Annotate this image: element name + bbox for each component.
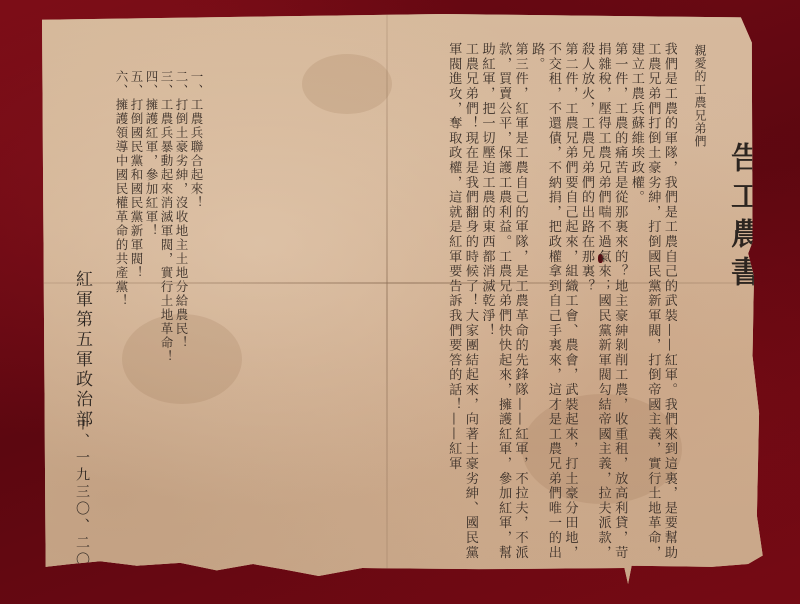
salutation: 親愛的工農兄弟們 — [692, 44, 709, 148]
slogan-item: 六、擁護領導中國民權革命的共產黨！ — [114, 70, 129, 400]
body-paragraph: 第三件，紅軍是工農自己的軍隊，是工農革命的先鋒隊——紅軍，不拉夫，不派款，買賣公… — [478, 42, 528, 562]
slogan-item: 四、擁護紅軍，參加紅軍！ — [144, 70, 159, 400]
document-body: 我們是工農的軍隊，我們是工農自己的武裝——紅軍。我們來到這裏，是要幫助工農兄弟們… — [172, 42, 677, 562]
historical-document-paper: 告工農書 親愛的工農兄弟們 我們是工農的軍隊，我們是工農自己的武裝——紅軍。我們… — [42, 14, 770, 584]
signature: 紅軍第五軍政治部 — [70, 270, 95, 430]
body-paragraph: 第一件，工農的痛苦是從那裏來的？地主豪紳剝削工農，收重租，放高利貸，苛捐雜稅，壓… — [577, 42, 627, 562]
body-paragraph: 工農兄弟們！現在是我們翻身的時候了！大家團結起來，向著土豪劣紳、國民黨軍閥進攻，… — [445, 42, 478, 562]
slogan-item: 三、工農兵暴動起來消滅軍閥，實行土地革命！ — [159, 70, 174, 400]
body-paragraph: 我們是工農的軍隊，我們是工農自己的武裝——紅軍。我們來到這裏，是要幫助工農兄弟們… — [627, 42, 677, 562]
slogan-item: 二、打倒土豪劣紳，沒收地主土地分給農民！ — [174, 70, 189, 400]
slogan-list: 一、工農兵聯合起來！ 二、打倒土豪劣紳，沒收地主土地分給農民！ 三、工農兵暴動起… — [114, 70, 204, 400]
document-date: 十、一九三〇、二〇 — [72, 416, 92, 569]
body-paragraph: 第二件，工農兄弟們要自己起來，組織工會、農會，武裝起來，打土豪分田地，不交租，不… — [528, 42, 578, 562]
slogan-item: 五、打倒國民黨和國民黨新軍閥！ — [129, 70, 144, 400]
document-title: 告工農書 — [720, 142, 764, 294]
slogan-item: 一、工農兵聯合起來！ — [189, 70, 204, 400]
